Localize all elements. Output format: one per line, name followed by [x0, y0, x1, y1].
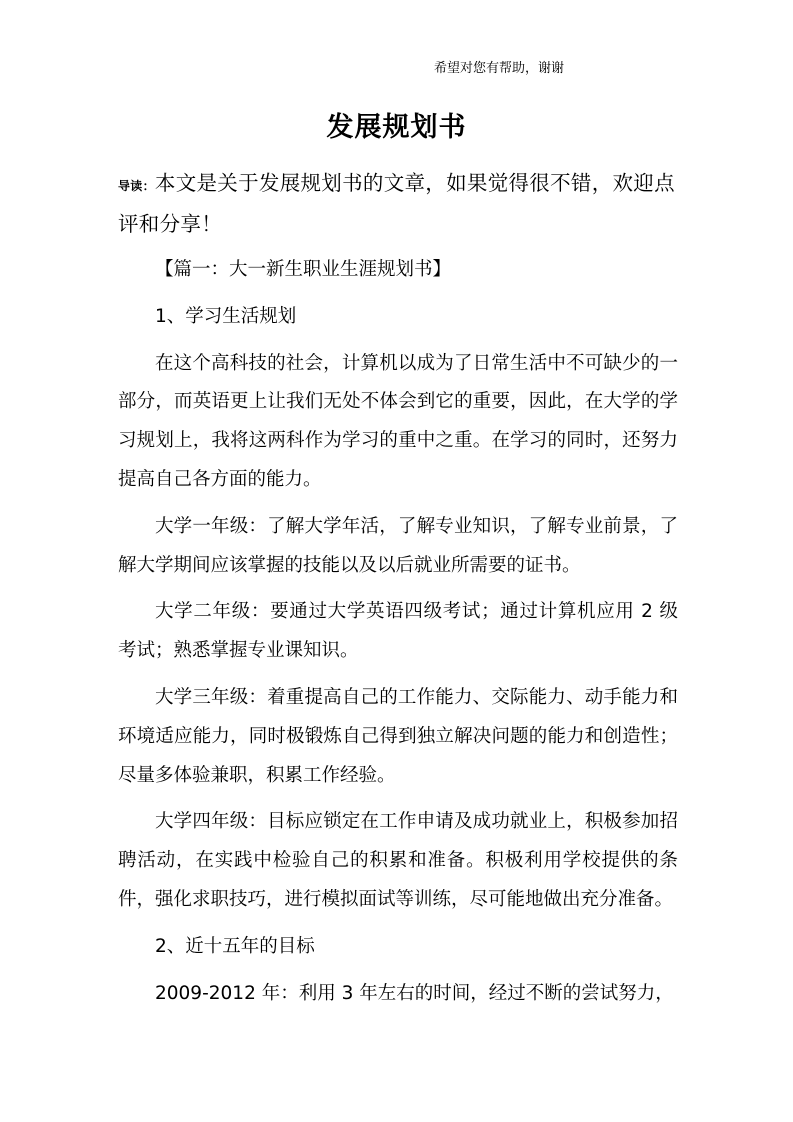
- header-note: 希望对您有帮助，谢谢: [434, 60, 564, 78]
- sub-heading-fifteen-year-goals: 2、近十五年的目标: [118, 928, 678, 967]
- paragraph-intro-study: 在这个高科技的社会，计算机以成为了日常生活中不可缺少的一部分，而英语更上让我们无…: [118, 345, 678, 500]
- paragraph-year-one: 大学一年级：了解大学年活，了解专业知识，了解专业前景，了解大学期间应该掌握的技能…: [118, 508, 678, 586]
- document-title: 发展规划书: [0, 108, 793, 148]
- document-body: 导读：本文是关于发展规划书的文章，如果觉得很不错，欢迎点评和分享！ 【篇一：大一…: [118, 164, 678, 1013]
- paragraph-2009-2012: 2009-2012 年：利用 3 年左右的时间，经过不断的尝试努力，: [118, 975, 678, 1014]
- paragraph-year-three: 大学三年级：着重提高自己的工作能力、交际能力、动手能力和环境适应能力，同时极锻炼…: [118, 679, 678, 795]
- paragraph-year-four: 大学四年级：目标应锁定在工作申请及成功就业上，积极参加招聘活动，在实践中检验自己…: [118, 803, 678, 919]
- section-heading: 【篇一：大一新生职业生涯规划书】: [118, 251, 678, 290]
- intro-paragraph: 导读：本文是关于发展规划书的文章，如果觉得很不错，欢迎点评和分享！: [118, 164, 678, 243]
- sub-heading-study-plan: 1、学习生活规划: [118, 298, 678, 337]
- intro-text: 本文是关于发展规划书的文章，如果觉得很不错，欢迎点评和分享！: [118, 171, 675, 236]
- paragraph-year-two: 大学二年级：要通过大学英语四级考试；通过计算机应用 2 级考试；熟悉掌握专业课知…: [118, 593, 678, 671]
- intro-lead-label: 导读：: [118, 179, 155, 193]
